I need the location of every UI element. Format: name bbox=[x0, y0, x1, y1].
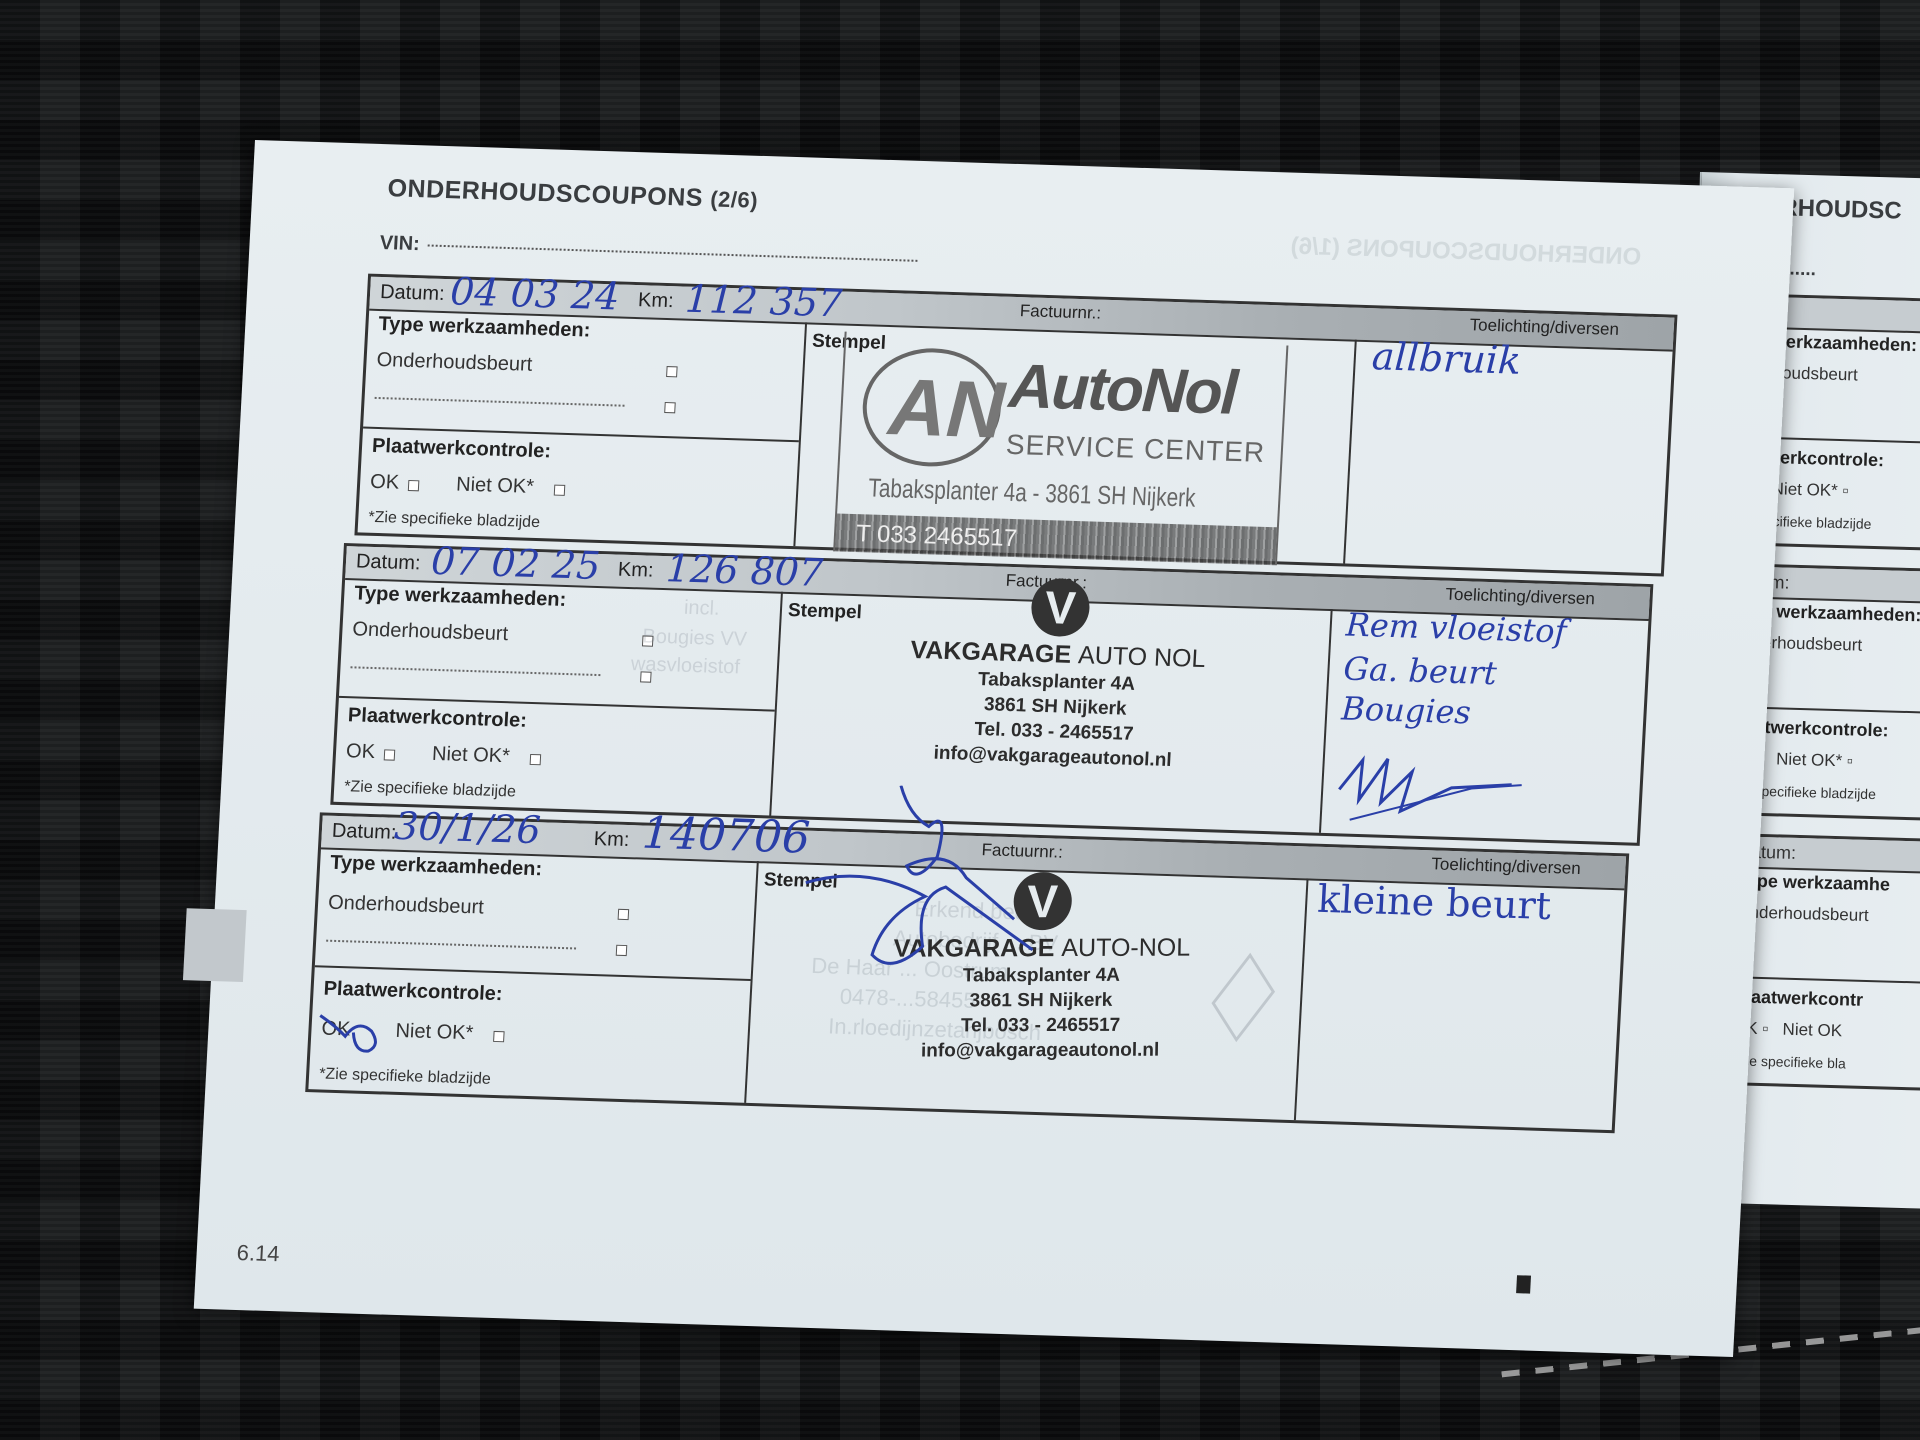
onderhoudsbeurt-label: Onderhoudsbeurt bbox=[328, 892, 485, 920]
niet-ok-label: Niet OK* bbox=[456, 474, 535, 499]
onderhoudsbeurt-label: Onderhoudsbeurt bbox=[376, 349, 533, 377]
type-werkzaamheden-label: Type werkzaamheden: bbox=[378, 313, 591, 343]
stamp-tel: Tel. 033 - 2465517 bbox=[860, 1012, 1221, 1038]
niet-ok-checkbox[interactable] bbox=[554, 485, 566, 496]
coupon-3: Datum: Km: Factuurnr.: Toelichting/diver… bbox=[305, 812, 1629, 1133]
ok-checkbox[interactable] bbox=[384, 749, 396, 760]
handwritten-km: 126 807 bbox=[665, 546, 824, 595]
factuurnr-label: Factuurnr.: bbox=[1019, 301, 1101, 324]
onderhoudsbeurt-checkbox[interactable] bbox=[618, 909, 630, 920]
stamp-tel: T 033 2465517 bbox=[855, 520, 1017, 553]
handwritten-km: 140706 bbox=[641, 808, 812, 864]
handwritten-note-line-2: Ga. beurt bbox=[1343, 649, 1498, 692]
niet-ok-label: Niet OK* bbox=[395, 1020, 474, 1045]
plaatwerkcontrole-label: Plaatwerkcontrole: bbox=[371, 435, 551, 464]
handwritten-note: kleine beurt bbox=[1316, 877, 1552, 928]
stamp-address: Tabaksplanter 4a - 3861 SH Nijkerk bbox=[868, 472, 1197, 513]
section-tab bbox=[183, 908, 247, 982]
type-label: Type werkzaamhe bbox=[1737, 870, 1890, 895]
other-work-line bbox=[375, 397, 625, 407]
onderhoudsbeurt-checkbox[interactable] bbox=[666, 366, 678, 377]
zie-bladzijde-note: *Zie specifieke bladzijde bbox=[319, 1065, 492, 1088]
zie-bladzijde-note: *Zie specifieke bladzijde bbox=[368, 509, 541, 532]
km-label: Km: bbox=[593, 828, 630, 852]
signature-scribble bbox=[1329, 739, 1534, 835]
km-label: Km: bbox=[617, 559, 654, 583]
stamp-email: info@vakgarageautonol.nl bbox=[860, 1037, 1221, 1063]
niet-ok-label: Niet OK* bbox=[1771, 479, 1838, 500]
other-work-checkbox[interactable] bbox=[664, 402, 676, 413]
other-work-line bbox=[326, 940, 576, 950]
ghost-note-2: Bougies VV bbox=[642, 625, 748, 651]
datum-label: Datum: bbox=[355, 550, 421, 575]
page-number: 6.14 bbox=[236, 1240, 280, 1267]
niet-ok-checkbox[interactable] bbox=[493, 1031, 505, 1042]
other-work-checkbox[interactable] bbox=[616, 945, 628, 956]
zie-label: *Zie specifieke bla bbox=[1732, 1052, 1846, 1071]
stempel-label: Stempel bbox=[787, 600, 862, 624]
type-werkzaamheden-label: Type werkzaamheden: bbox=[354, 582, 567, 612]
maintenance-booklet-page: ONDERHOUDSCOUPONS (2/6) ONDERHOUDSCOUPON… bbox=[194, 140, 1794, 1357]
handwritten-km: 112 357 bbox=[684, 277, 843, 326]
signature-scribble bbox=[779, 782, 1070, 1011]
handwritten-note-line-3: Bougies bbox=[1341, 689, 1472, 731]
toelichting-label: Toelichting/diversen bbox=[1431, 854, 1581, 879]
coupon-1: Datum: Km: Factuurnr.: Toelichting/diver… bbox=[354, 274, 1677, 577]
other-work-line bbox=[350, 666, 600, 676]
stamp-brand: AutoNol bbox=[1007, 351, 1238, 429]
type-werkzaamheden-label: Type werkzaamheden: bbox=[330, 852, 543, 882]
autonol-stamp: AN AutoNol SERVICE CENTER Tabaksplanter … bbox=[833, 332, 1288, 566]
autonol-logo-icon: AN bbox=[860, 346, 1004, 468]
handwritten-note-line-1: Rem vloeistof bbox=[1345, 606, 1568, 651]
zie-bladzijde-note: *Zie specifieke bladzijde bbox=[344, 778, 517, 801]
ok-label: OK bbox=[370, 471, 400, 495]
onderhoudsbeurt-label: Onderhoudsbeurt bbox=[352, 618, 509, 646]
niet-ok-label: Niet OK bbox=[1782, 1020, 1842, 1041]
ok-checkmark-scribble[interactable] bbox=[314, 1007, 387, 1059]
ok-label: OK bbox=[345, 740, 375, 764]
handwritten-date: 30/1/26 bbox=[393, 804, 542, 853]
plaatwerkcontrole-label: Plaatwerkcontrole: bbox=[323, 978, 503, 1007]
vakgarage-stamp: V VAKGARAGE AUTO NOL Tabaksplanter 4A 38… bbox=[872, 573, 1242, 775]
niet-ok-label: Niet OK* bbox=[431, 743, 510, 768]
niet-ok-checkbox[interactable] bbox=[530, 754, 542, 765]
plaatwerkcontrole-label: Plaatwerkcontrole: bbox=[347, 704, 527, 733]
stamp-subtitle: SERVICE CENTER bbox=[1005, 429, 1266, 469]
plaat-label: Plaatwerkcontr bbox=[1734, 986, 1864, 1011]
ghost-note-1: incl. bbox=[683, 597, 720, 621]
ok-checkbox[interactable] bbox=[408, 480, 420, 491]
binding-mark bbox=[1516, 1275, 1531, 1293]
toelichting-label: Toelichting/diversen bbox=[1469, 315, 1619, 340]
datum-label: Datum: bbox=[331, 820, 397, 845]
ghost-note-3: wasvloeistof bbox=[630, 653, 740, 679]
km-label: Km: bbox=[637, 289, 674, 313]
niet-ok-label: Niet OK* bbox=[1776, 749, 1843, 770]
datum-label: Datum: bbox=[380, 281, 446, 306]
vakgarage-logo-icon: V bbox=[1030, 578, 1091, 638]
handwritten-note: allbruik bbox=[1371, 334, 1522, 383]
vin-field: VIN: bbox=[379, 232, 918, 272]
show-through-title: ONDERHOUDSCOUPONS (1/6) bbox=[1290, 233, 1642, 272]
toelichting-label: Toelichting/diversen bbox=[1445, 585, 1595, 610]
page-title: ONDERHOUDSCOUPONS (2/6) bbox=[387, 174, 759, 215]
